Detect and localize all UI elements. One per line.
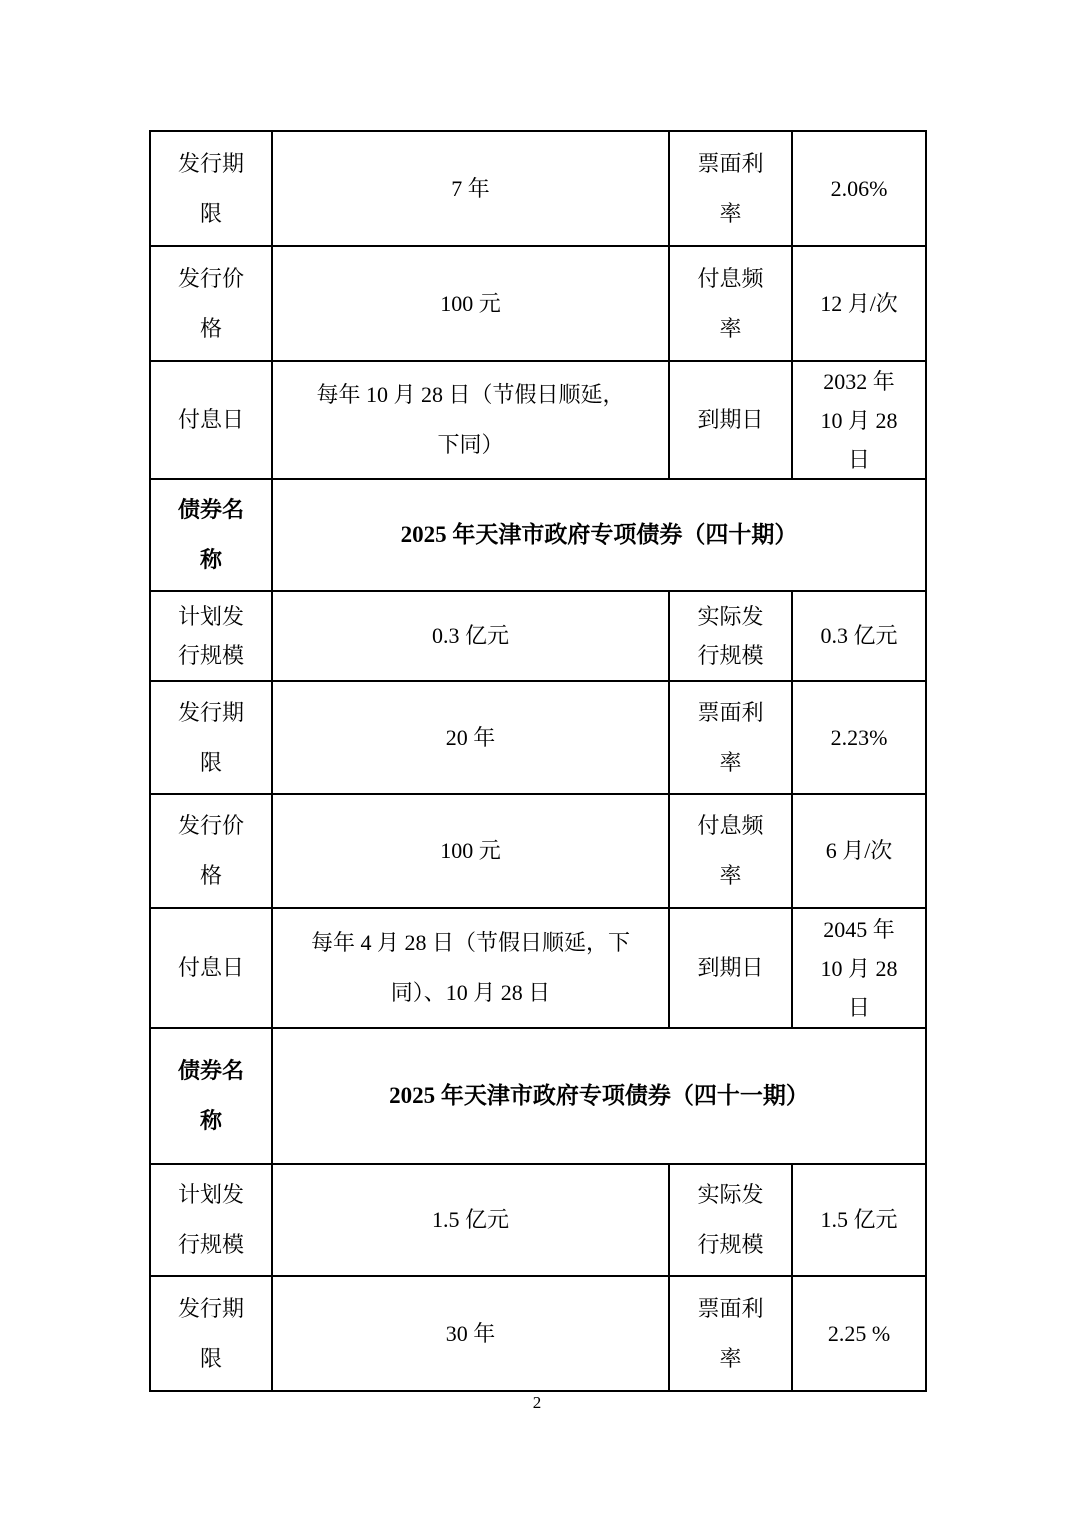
issue-term-value: 30 年 bbox=[273, 1277, 670, 1390]
interest-payment-date-value: 每年 4 月 28 日（节假日顺延，下 同）、10 月 28 日 bbox=[273, 909, 670, 1029]
actual-issue-size-label: 实际发 行规模 bbox=[670, 1165, 793, 1277]
issue-price-label: 发行价 格 bbox=[151, 795, 273, 909]
coupon-rate-value: 2.06% bbox=[793, 132, 925, 247]
maturity-date-label: 到期日 bbox=[670, 362, 793, 480]
issue-price-value: 100 元 bbox=[273, 795, 670, 909]
issue-term-value: 7 年 bbox=[273, 132, 670, 247]
bond-name-value: 2025 年天津市政府专项债券（四十一期） bbox=[273, 1029, 925, 1165]
coupon-rate-value: 2.23% bbox=[793, 682, 925, 795]
bond-name-value: 2025 年天津市政府专项债券（四十期） bbox=[273, 480, 925, 592]
maturity-date-label: 到期日 bbox=[670, 909, 793, 1029]
interest-frequency-value: 6 月/次 bbox=[793, 795, 925, 909]
document-page: 发行期 限 7 年 票面利 率 2.06% 发行价 格 100 元 付息频 率 … bbox=[0, 0, 1074, 1520]
bond-name-label: 债券名 称 bbox=[151, 1029, 273, 1165]
interest-payment-date-label: 付息日 bbox=[151, 362, 273, 480]
issue-price-label: 发行价 格 bbox=[151, 247, 273, 362]
planned-issue-size-label: 计划发 行规模 bbox=[151, 1165, 273, 1277]
maturity-date-value: 2045 年 10 月 28 日 bbox=[793, 909, 925, 1029]
issue-term-value: 20 年 bbox=[273, 682, 670, 795]
actual-issue-size-value: 0.3 亿元 bbox=[793, 592, 925, 682]
interest-payment-date-value: 每年 10 月 28 日（节假日顺延， 下同） bbox=[273, 362, 670, 480]
coupon-rate-label: 票面利 率 bbox=[670, 1277, 793, 1390]
issue-term-label: 发行期 限 bbox=[151, 1277, 273, 1390]
actual-issue-size-value: 1.5 亿元 bbox=[793, 1165, 925, 1277]
coupon-rate-label: 票面利 率 bbox=[670, 132, 793, 247]
bond-name-label: 债券名 称 bbox=[151, 480, 273, 592]
planned-issue-size-value: 1.5 亿元 bbox=[273, 1165, 670, 1277]
interest-frequency-label: 付息频 率 bbox=[670, 795, 793, 909]
maturity-date-value: 2032 年 10 月 28 日 bbox=[793, 362, 925, 480]
interest-frequency-value: 12 月/次 bbox=[793, 247, 925, 362]
interest-payment-date-label: 付息日 bbox=[151, 909, 273, 1029]
planned-issue-size-label: 计划发 行规模 bbox=[151, 592, 273, 682]
bond-info-table: 发行期 限 7 年 票面利 率 2.06% 发行价 格 100 元 付息频 率 … bbox=[149, 130, 927, 1392]
issue-term-label: 发行期 限 bbox=[151, 682, 273, 795]
issue-term-label: 发行期 限 bbox=[151, 132, 273, 247]
coupon-rate-label: 票面利 率 bbox=[670, 682, 793, 795]
interest-frequency-label: 付息频 率 bbox=[670, 247, 793, 362]
coupon-rate-value: 2.25 % bbox=[793, 1277, 925, 1390]
issue-price-value: 100 元 bbox=[273, 247, 670, 362]
page-number: 2 bbox=[0, 1393, 1074, 1413]
planned-issue-size-value: 0.3 亿元 bbox=[273, 592, 670, 682]
actual-issue-size-label: 实际发 行规模 bbox=[670, 592, 793, 682]
